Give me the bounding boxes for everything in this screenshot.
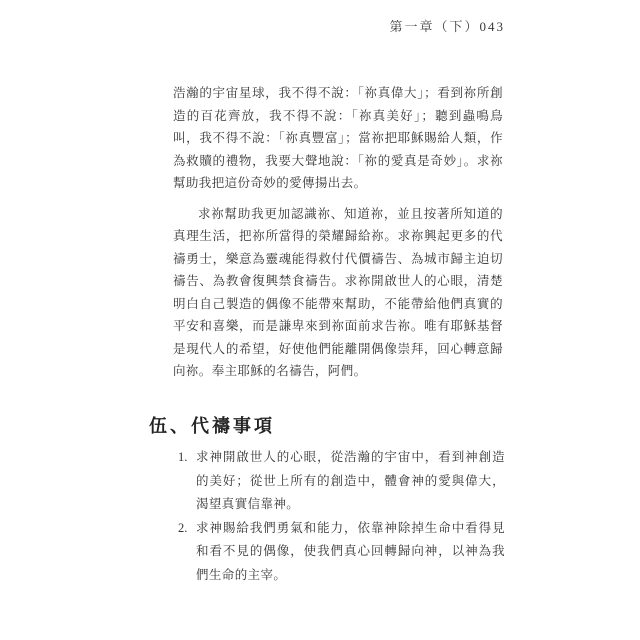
item-text: 求神賜給我們勇氣和能力，依靠神除掉生命中看得見和看不見的偶像，使我們真心回轉歸向…	[196, 517, 505, 588]
page-header: 第一章（下）043	[389, 16, 505, 35]
section-heading: 伍、代禱事項	[149, 413, 275, 439]
list-item: 1. 求神開啟世人的心眼，從浩瀚的宇宙中，看到神創造的美好；從世上所有的創造中，…	[178, 446, 505, 517]
item-text: 求神開啟世人的心眼，從浩瀚的宇宙中，看到神創造的美好；從世上所有的創造中，體會神…	[196, 446, 505, 517]
item-number: 1.	[178, 446, 196, 517]
list-item: 2. 求神賜給我們勇氣和能力，依靠神除掉生命中看得見和看不見的偶像，使我們真心回…	[178, 517, 505, 588]
paragraph: 浩瀚的宇宙星球，我不得不說：「祢真偉大」；看到祢所創造的百花齊放，我不得不說：「…	[173, 82, 503, 195]
intercession-list: 1. 求神開啟世人的心眼，從浩瀚的宇宙中，看到神創造的美好；從世上所有的創造中，…	[178, 446, 505, 587]
paragraph: 求祢幫助我更加認識祢、知道祢，並且按著所知道的真理生活，把祢所當得的榮耀歸給祢。…	[173, 203, 503, 383]
prayer-text-block: 浩瀚的宇宙星球，我不得不說：「祢真偉大」；看到祢所創造的百花齊放，我不得不說：「…	[173, 82, 503, 383]
item-number: 2.	[178, 517, 196, 588]
book-page: 第一章（下）043 浩瀚的宇宙星球，我不得不說：「祢真偉大」；看到祢所創造的百花…	[0, 0, 640, 640]
